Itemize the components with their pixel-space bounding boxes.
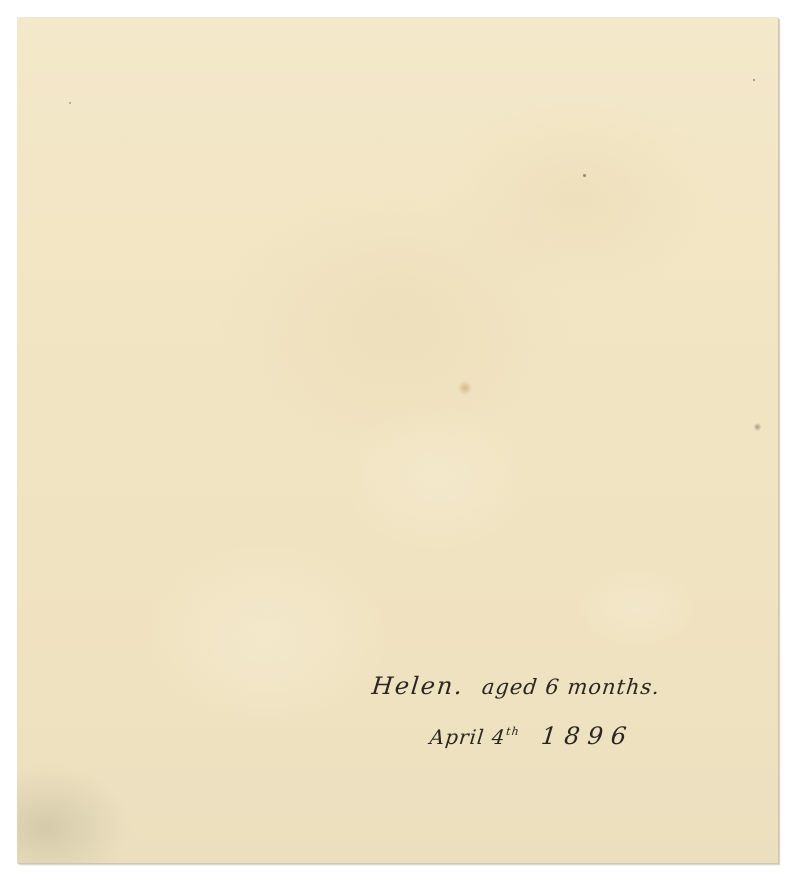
inscription-line-1: Helen.aged 6 months. (371, 672, 662, 700)
inscription-line-2: April 4th1896 (429, 722, 636, 750)
inscription-year: 1896 (540, 722, 636, 750)
inscription-date: April 4 (429, 725, 507, 749)
inscription-name: Helen. (371, 672, 466, 700)
paper-card (17, 17, 778, 863)
speck (753, 79, 755, 81)
foxing-stain (457, 381, 473, 395)
inscription-age: aged 6 months. (481, 675, 662, 699)
inscription-date-suffix: th (505, 725, 520, 738)
speck (583, 174, 586, 177)
speck (69, 102, 71, 104)
grey-spot (754, 423, 761, 431)
